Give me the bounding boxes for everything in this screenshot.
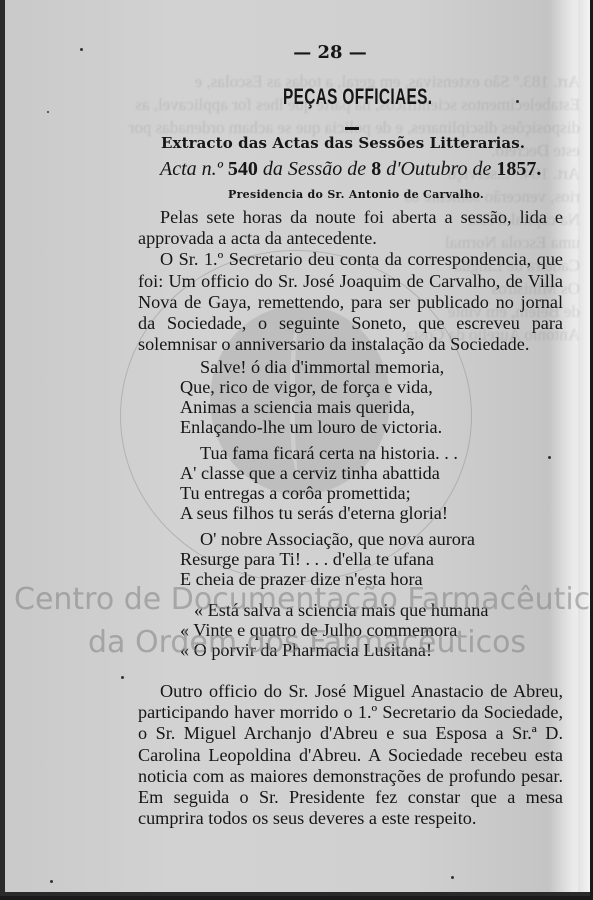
title-rule xyxy=(345,127,359,130)
acta-suffix: . xyxy=(536,158,541,180)
acta-year: 1857 xyxy=(496,158,536,180)
verse-line: O' nobre Associação, que nova aurora xyxy=(180,529,475,549)
verse-line: A seus filhos tu serás d'eterna gloria! xyxy=(180,503,458,523)
page-number: — 28 — xyxy=(0,42,590,63)
verse-line: Tu entregas a corôa promettida; xyxy=(180,483,458,503)
document-page: Art. 183.º São extensivas, em geral, a t… xyxy=(0,0,590,896)
presidencia-line: Presidencia do Sr. Antonio de Carvalho. xyxy=(228,188,484,201)
paper-speck xyxy=(80,48,83,51)
sonnet-stanza-3: O' nobre Associação, que nova aurora Res… xyxy=(180,529,475,589)
watermark-line-1: Centro de Documentação Farmacêutica xyxy=(14,582,590,617)
sonnet-stanza-2: Tua fama ficará certa na historia. . . A… xyxy=(180,443,458,523)
verse-line: Resurge para Ti! . . . d'ella te ufana xyxy=(180,549,475,569)
acta-day: 8 xyxy=(371,158,381,180)
closing-paragraph: Outro officio do Sr. José Miguel Anastac… xyxy=(138,681,563,829)
verse-line: Animas a sciencia mais querida, xyxy=(180,397,444,417)
verse-line: Que, rico de vigor, de força e vida, xyxy=(180,377,444,397)
verse-line: Tua fama ficará certa na historia. . . xyxy=(180,443,458,463)
sonnet-stanza-1: Salve! ó dia d'immortal memoria, Que, ri… xyxy=(180,357,444,437)
acta-middle: da Sessão de xyxy=(258,158,371,180)
acta-number: 540 xyxy=(228,158,258,180)
watermark-line-2: da Ordem dos Farmacêuticos xyxy=(88,625,526,660)
paragraph-correspondence: O Sr. 1.º Secretario deu conta da corres… xyxy=(138,249,563,355)
paragraph-session-opening: Pelas sete horas da noute foi aberta a s… xyxy=(138,207,563,249)
paper-speck xyxy=(516,100,519,103)
verse-line: A' classe que a cerviz tinha abattida xyxy=(180,463,458,483)
paper-speck xyxy=(50,880,53,883)
acta-prefix: Acta n.º xyxy=(160,158,228,180)
verse-line: Salve! ó dia d'immortal memoria, xyxy=(180,357,444,377)
paper-speck xyxy=(548,456,551,459)
section-title: PEÇAS OFFICIAES. xyxy=(283,84,432,110)
paper-speck xyxy=(121,676,124,679)
opening-paragraphs: Pelas sete horas da noute foi aberta a s… xyxy=(138,207,563,355)
acta-month: d'Outubro de xyxy=(381,158,496,180)
paper-speck xyxy=(451,876,454,879)
paper-speck xyxy=(47,111,49,113)
acta-heading: Acta n.º 540 da Sessão de 8 d'Outubro de… xyxy=(160,158,541,181)
subtitle: Extracto das Actas das Sessões Litterari… xyxy=(161,134,525,152)
page-content: — 28 — PEÇAS OFFICIAES. Extracto das Act… xyxy=(0,0,590,896)
verse-line: Enlaçando-lhe um louro de victoria. xyxy=(180,417,444,437)
paragraph-death-notice: Outro officio do Sr. José Miguel Anastac… xyxy=(138,681,563,829)
